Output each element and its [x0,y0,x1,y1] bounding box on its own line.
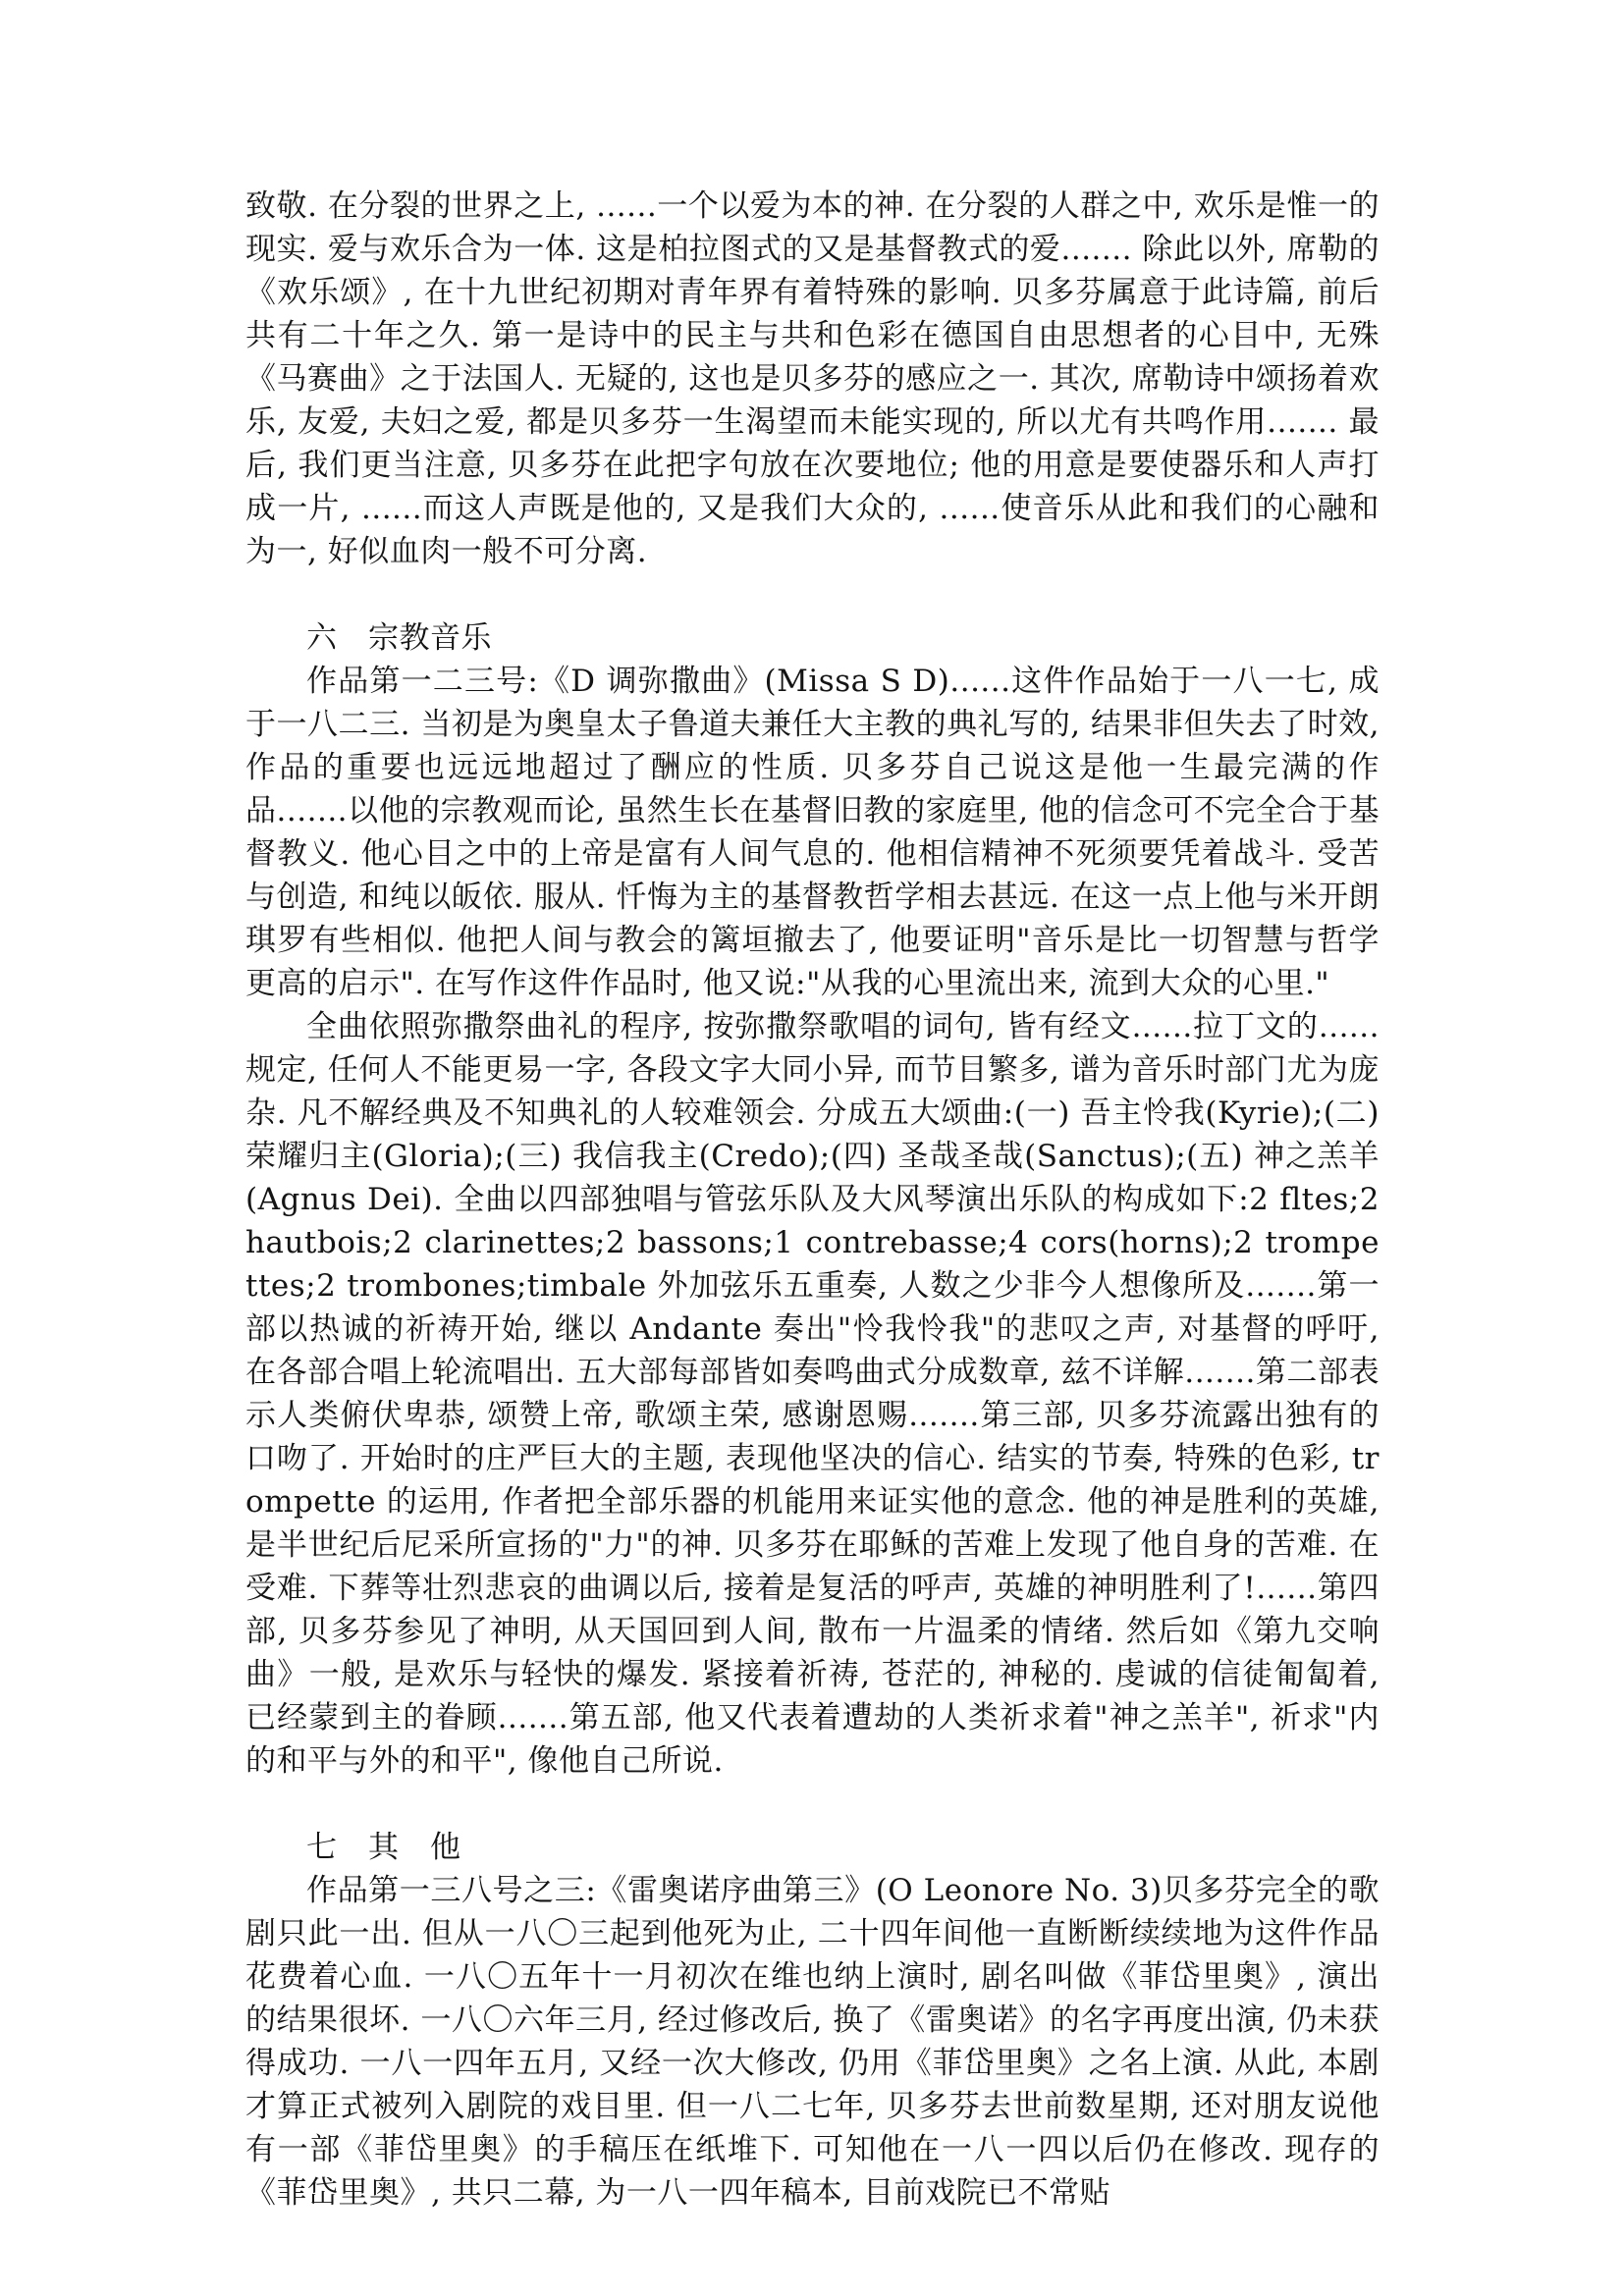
section-heading-religious-music: 六 宗教音乐 [245,616,1380,660]
section-heading-others: 七 其 他 [245,1826,1380,1869]
document-page: 致敬. 在分裂的世界之上, ......一个以爱为本的神. 在分裂的人群之中, … [0,0,1624,2296]
paragraph-leonore-overture: 作品第一三八号之三:《雷奥诺序曲第三》(O Leonore No. 3)贝多芬完… [245,1869,1380,2215]
paragraph-missa-solemnis-structure: 全曲依照弥撒祭曲礼的程序, 按弥撒祭歌唱的词句, 皆有经文......拉丁文的.… [245,1005,1380,1783]
text-column: 致敬. 在分裂的世界之上, ......一个以爱为本的神. 在分裂的人群之中, … [245,185,1380,2215]
paragraph-missa-solemnis-intro: 作品第一二三号:《D 调弥撒曲》(Missa S D)......这件作品始于一… [245,660,1380,1005]
paragraph-ode-to-joy-continuation: 致敬. 在分裂的世界之上, ......一个以爱为本的神. 在分裂的人群之中, … [245,185,1380,573]
